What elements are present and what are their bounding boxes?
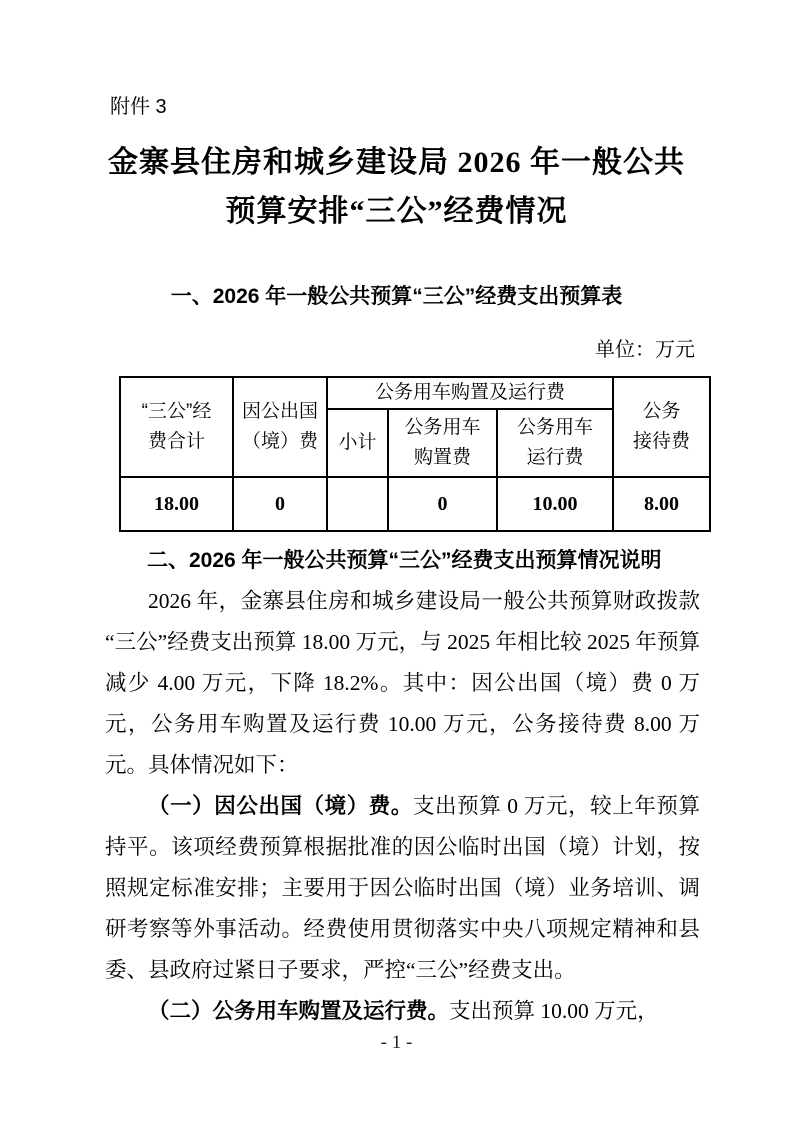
header-subtotal: 小计 [327, 409, 388, 477]
section1-heading: 一、2026 年一般公共预算“三公”经费支出预算表 [60, 283, 733, 311]
paragraph-abroad-lead: （一）因公出国（境）费。 [148, 794, 413, 818]
body-text-block: 二、2026 年一般公共预算“三公”经费支出预算情况说明 2026 年，金寨县住… [105, 540, 700, 1032]
header-reception-fee-line1: 公务 [614, 397, 709, 427]
header-operation-fee: 公务用车 运行费 [497, 409, 613, 477]
document-title-line1: 金寨县住房和城乡建设局 2026 年一般公共 [60, 138, 733, 187]
table-header-row-top: “三公”经 费合计 因公出国 （境）费 公务用车购置及运行费 公务 接待费 [120, 377, 710, 409]
paragraph-abroad-rest: 支出预算 0 万元，较上年预算持平。该项经费预算根据批准的因公临时出国（境）计划… [105, 794, 700, 982]
document-title: 金寨县住房和城乡建设局 2026 年一般公共 预算安排“三公”经费情况 [60, 138, 733, 236]
paragraph-vehicle-rest: 支出预算 10.00 万元， [449, 999, 659, 1023]
header-operation-fee-line1: 公务用车 [498, 413, 612, 443]
unit-note: 单位：万元 [105, 337, 695, 363]
table-data-row: 18.00 0 0 10.00 8.00 [120, 477, 710, 531]
header-purchase-fee-line2: 购置费 [389, 443, 496, 473]
paragraph-abroad: （一）因公出国（境）费。支出预算 0 万元，较上年预算持平。该项经费预算根据批准… [105, 786, 700, 991]
header-operation-fee-line2: 运行费 [498, 443, 612, 473]
header-sangong-total: “三公”经 费合计 [120, 377, 233, 477]
paragraph-overview: 2026 年，金寨县住房和城乡建设局一般公共预算财政拨款“三公”经费支出预算 1… [105, 581, 700, 786]
value-subtotal [327, 477, 388, 531]
section2-heading: 二、2026 年一般公共预算“三公”经费支出预算情况说明 [105, 540, 700, 581]
value-abroad-fee: 0 [233, 477, 327, 531]
header-abroad-fee-line2: （境）费 [234, 427, 326, 457]
header-vehicle-group: 公务用车购置及运行费 [327, 377, 613, 409]
header-sangong-total-line1: “三公”经 [121, 397, 232, 427]
header-sangong-total-line2: 费合计 [121, 427, 232, 457]
value-reception-fee: 8.00 [613, 477, 710, 531]
paragraph-vehicle-lead: （二）公务用车购置及运行费。 [148, 999, 449, 1023]
page-number: - 1 - [0, 1032, 793, 1054]
document-title-line2: 预算安排“三公”经费情况 [60, 187, 733, 236]
value-operation-fee: 10.00 [497, 477, 613, 531]
attachment-label: 附件 3 [110, 94, 167, 120]
header-reception-fee: 公务 接待费 [613, 377, 710, 477]
value-purchase-fee: 0 [388, 477, 497, 531]
header-abroad-fee-line1: 因公出国 [234, 397, 326, 427]
document-page: 附件 3 金寨县住房和城乡建设局 2026 年一般公共 预算安排“三公”经费情况… [0, 0, 793, 1122]
header-abroad-fee: 因公出国 （境）费 [233, 377, 327, 477]
header-reception-fee-line2: 接待费 [614, 427, 709, 457]
budget-table: “三公”经 费合计 因公出国 （境）费 公务用车购置及运行费 公务 接待费 小计… [119, 376, 711, 532]
header-purchase-fee-line1: 公务用车 [389, 413, 496, 443]
header-purchase-fee: 公务用车 购置费 [388, 409, 497, 477]
value-sangong-total: 18.00 [120, 477, 233, 531]
paragraph-vehicle: （二）公务用车购置及运行费。支出预算 10.00 万元， [105, 991, 700, 1032]
